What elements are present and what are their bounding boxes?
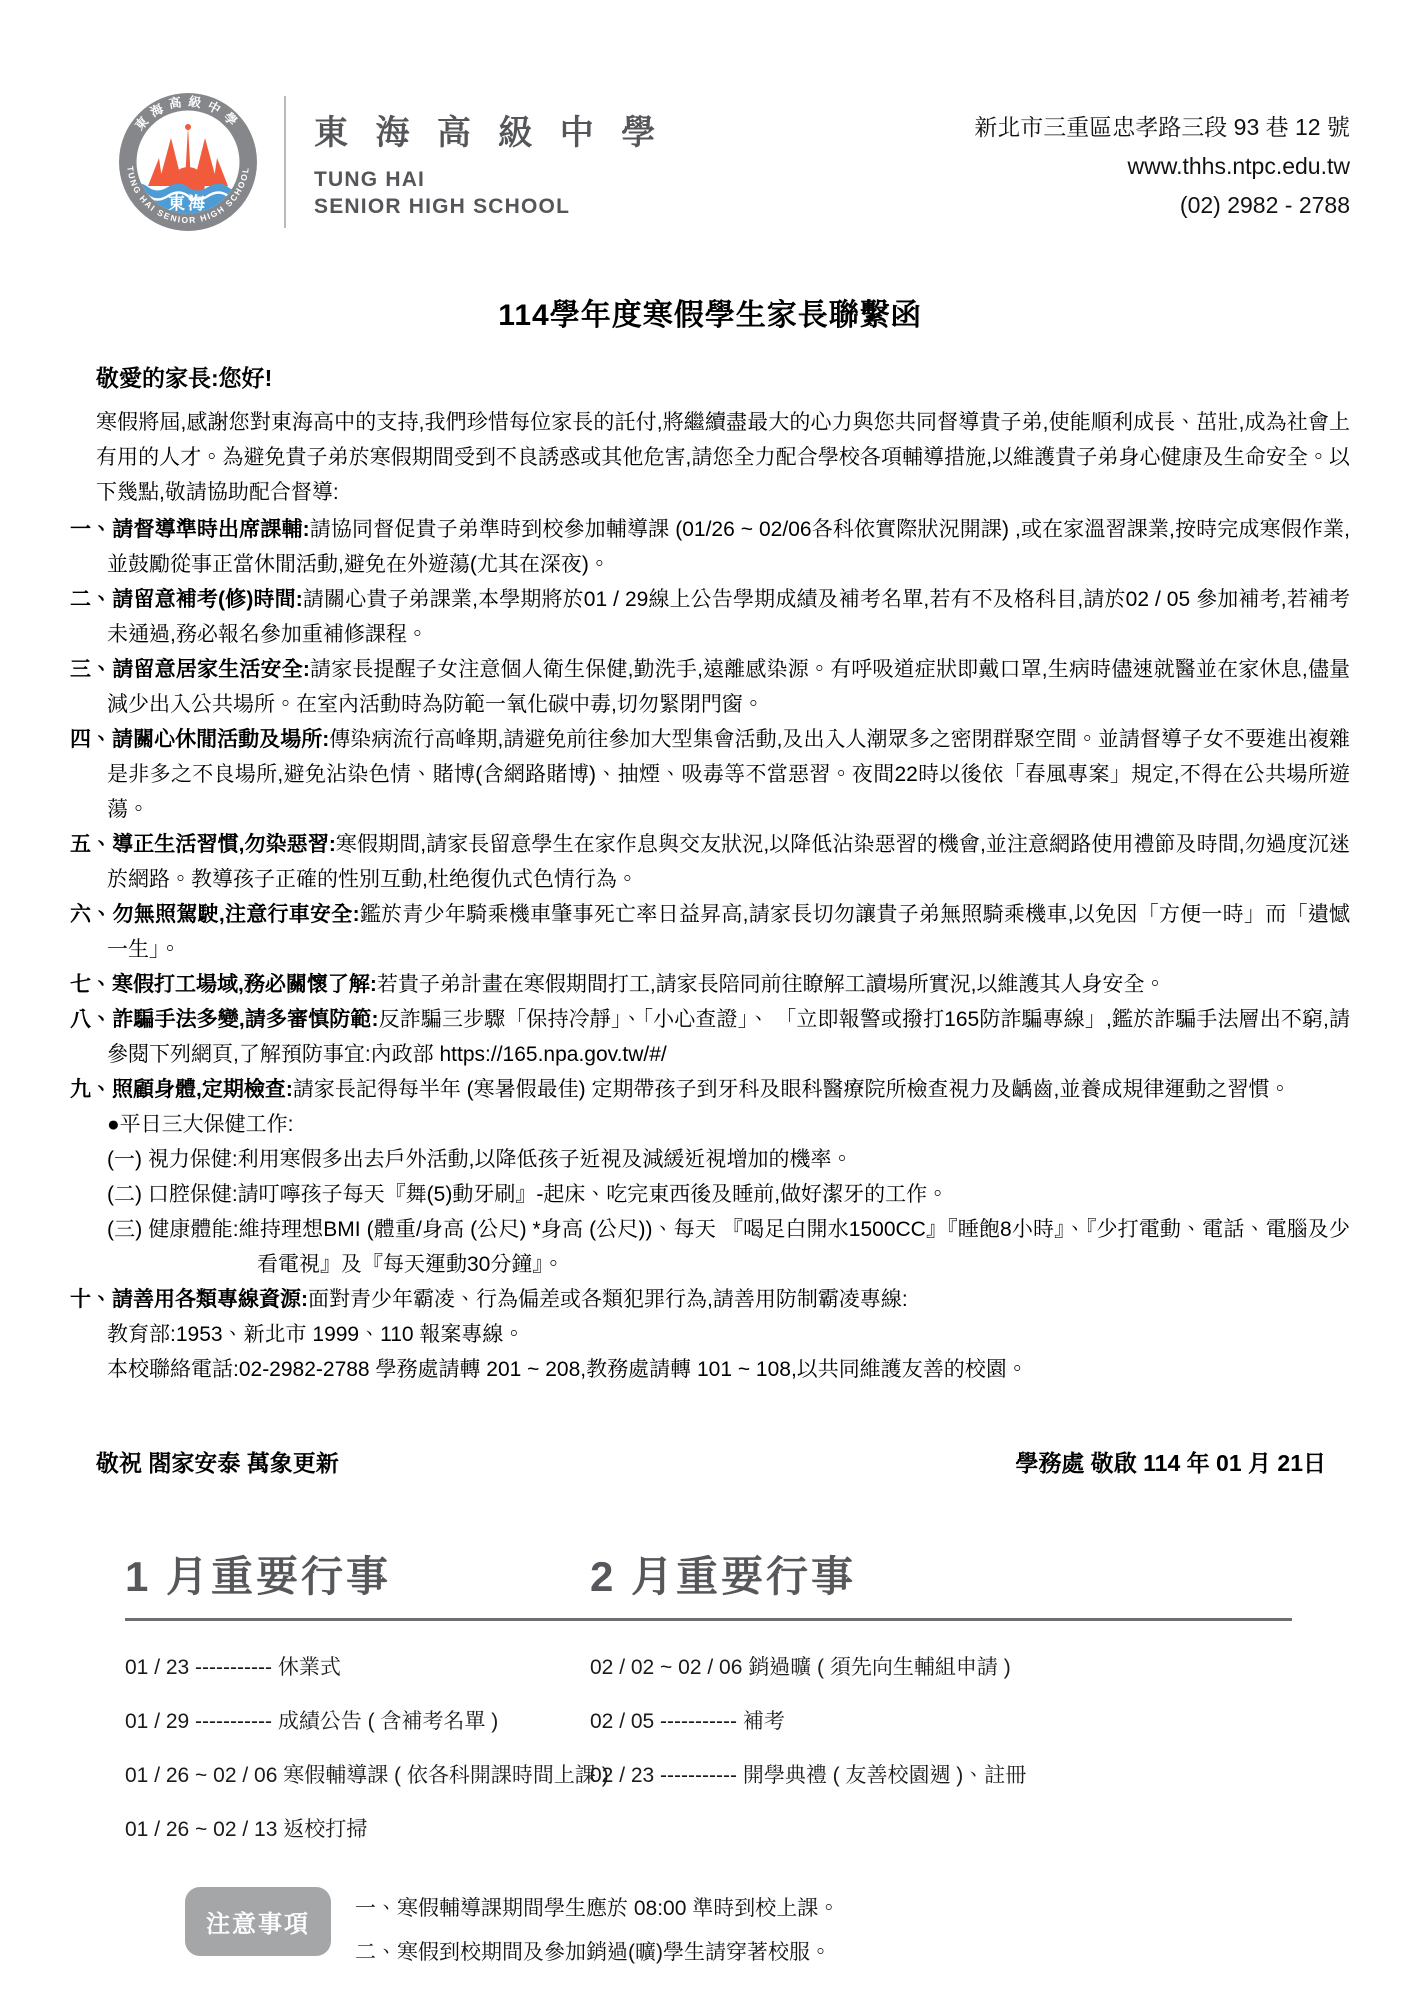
health-sub-item-2: (二) 口腔保健:請叮嚀孩子每天『舞(5)動牙刷』-起床、吃完東西後及睡前,做好… (107, 1177, 1350, 1212)
school-address: 新北市三重區忠孝路三段 93 巷 12 號 (974, 108, 1350, 147)
list-item: 01 / 26 ~ 02 / 06 寒假輔導課 ( 依各科開課時間上課 ) (125, 1759, 590, 1789)
item-number: 九、 (70, 1078, 112, 1101)
school-website: www.thhs.ntpc.edu.tw (974, 147, 1350, 186)
item-number: 七、 (70, 973, 112, 996)
item-number: 六、 (70, 903, 113, 926)
item-label: 寒假打工場域,務必關懷了解: (112, 973, 377, 996)
notice-badge: 注意事項 (185, 1887, 331, 1956)
list-item-10: 十、請善用各類專線資源:面對青少年霸凌、行為偏差或各類犯罪行為,請善用防制霸凌專… (70, 1282, 1350, 1317)
school-name-en-1: TUNG HAI (314, 166, 664, 193)
notice-line-1: 一、寒假輔導課期間學生應於 08:00 準時到校上課。 (355, 1887, 839, 1931)
school-brand: 東海 東海高級中學 TUNG HAI SENIOR HIGH SCHOOL 東 … (118, 92, 664, 232)
item-text: 面對青少年霸凌、行為偏差或各類犯罪行為,請善用防制霸凌專線: (308, 1288, 908, 1311)
school-name-zh: 東 海 高 級 中 學 (314, 105, 664, 154)
list-item-8: 八、詐騙手法多變,請多審慎防範:反詐騙三步驟「保持冷靜」、「小心查證」、 「立即… (70, 1002, 1350, 1072)
closing-signature: 學務處 敬啟 114 年 01 月 21日 (1015, 1445, 1326, 1478)
list-item-3: 三、請留意居家生活安全:請家長提醒子女注意個人衛生保健,勤洗手,遠離感染源。有呼… (70, 652, 1350, 722)
school-phone: (02) 2982 - 2788 (974, 186, 1350, 225)
item-number: 五、 (70, 833, 112, 856)
intro-paragraph: 寒假將屆,感謝您對東海高中的支持,我們珍惜每位家長的託付,將繼續盡最大的心力與您… (96, 405, 1350, 510)
calendar-jan-title: 1 月重要行事 (125, 1544, 590, 1604)
health-sub-item-1: (一) 視力保健:利用寒假多出去戶外活動,以降低孩子近視及減緩近視增加的機率。 (107, 1142, 1350, 1177)
item-label: 請督導準時出席課輔: (112, 518, 309, 541)
calendar-jan-events: 01 / 23 ----------- 休業式 01 / 29 --------… (125, 1651, 590, 1867)
health-sub-item-3: (三) 健康體能:維持理想BMI (體重/身高 (公尺) *身高 (公尺))、每… (107, 1212, 1350, 1282)
salutation: 敬愛的家長:您好! (96, 360, 1350, 393)
school-name-block: 東 海 高 級 中 學 TUNG HAI SENIOR HIGH SCHOOL (284, 96, 664, 228)
item-text: 請家長記得每半年 (寒暑假最佳) 定期帶孩子到牙科及眼科醫療院所檢查視力及齲齒,… (293, 1078, 1291, 1101)
calendar-feb-events: 02 / 02 ~ 02 / 06 銷過曠 ( 須先向生輔組申請 ) 02 / … (590, 1651, 1292, 1867)
item-list: 一、請督導準時出席課輔:請協同督促貴子弟準時到校參加輔導課 (01/26 ~ 0… (70, 512, 1350, 1387)
item-number: 四、 (70, 728, 112, 751)
school-name-en-2: SENIOR HIGH SCHOOL (314, 193, 664, 220)
list-item: 02 / 02 ~ 02 / 06 銷過曠 ( 須先向生輔組申請 ) (590, 1651, 1292, 1681)
school-contact-line: 本校聯絡電話:02-2982-2788 學務處請轉 201 ~ 208,教務處請… (107, 1352, 1350, 1387)
list-item-1: 一、請督導準時出席課輔:請協同督促貴子弟準時到校參加輔導課 (01/26 ~ 0… (70, 512, 1350, 582)
notice-section: 注意事項 一、寒假輔導課期間學生應於 08:00 準時到校上課。 二、寒假到校期… (185, 1887, 1414, 1975)
item-number: 八、 (70, 1008, 112, 1031)
letter-page: 東海 東海高級中學 TUNG HAI SENIOR HIGH SCHOOL 東 … (0, 0, 1414, 2000)
calendar-feb-title: 2 月重要行事 (590, 1544, 1292, 1604)
item-label: 勿無照駕駛,注意行車安全: (113, 903, 360, 926)
item-label: 照顧身體,定期檢查: (112, 1078, 293, 1101)
notice-line-2: 二、寒假到校期間及參加銷過(曠)學生請穿著校服。 (355, 1931, 839, 1975)
contact-block: 新北市三重區忠孝路三段 93 巷 12 號 www.thhs.ntpc.edu.… (974, 92, 1350, 225)
item-number: 二、 (70, 588, 112, 611)
list-item: 02 / 23 ----------- 開學典禮 ( 友善校園週 )、註冊 (590, 1759, 1292, 1789)
school-logo: 東海 東海高級中學 TUNG HAI SENIOR HIGH SCHOOL (118, 92, 258, 232)
item-label: 請關心休閒活動及場所: (112, 728, 329, 751)
item-label: 詐騙手法多變,請多審慎防範: (112, 1008, 378, 1031)
page-title: 114學年度寒假學生家長聯繫函 (70, 290, 1350, 334)
item-number: 三、 (70, 658, 112, 681)
calendar-columns: 01 / 23 ----------- 休業式 01 / 29 --------… (125, 1651, 1292, 1867)
item-number: 十、 (70, 1288, 112, 1311)
calendar-section: 1 月重要行事 2 月重要行事 01 / 23 ----------- 休業式 … (125, 1544, 1292, 1867)
list-item-2: 二、請留意補考(修)時間:請關心貴子弟課業,本學期將於01 / 29線上公告學期… (70, 582, 1350, 652)
item-label: 請留意補考(修)時間: (112, 588, 302, 611)
list-item-9: 九、照顧身體,定期檢查:請家長記得每半年 (寒暑假最佳) 定期帶孩子到牙科及眼科… (70, 1072, 1350, 1107)
notice-lines: 一、寒假輔導課期間學生應於 08:00 準時到校上課。 二、寒假到校期間及參加銷… (355, 1887, 839, 1975)
item-label: 導正生活習慣,勿染惡習: (112, 833, 336, 856)
list-item: 01 / 23 ----------- 休業式 (125, 1651, 590, 1681)
item-text: 若貴子弟計畫在寒假期間打工,請家長陪同前往瞭解工讀場所實況,以維護其人身安全。 (377, 973, 1166, 996)
closing-blessing: 敬祝 閤家安泰 萬象更新 (96, 1445, 339, 1478)
list-item-4: 四、請關心休閒活動及場所:傳染病流行高峰期,請避免前往參加大型集會活動,及出入人… (70, 722, 1350, 827)
closing-row: 敬祝 閤家安泰 萬象更新 學務處 敬啟 114 年 01 月 21日 (96, 1445, 1326, 1478)
hotline-line: 教育部:1953、新北市 1999、110 報案專線。 (107, 1317, 1350, 1352)
svg-text:東海: 東海 (168, 193, 208, 213)
calendar-headings: 1 月重要行事 2 月重要行事 (125, 1544, 1292, 1604)
letter-body: 114學年度寒假學生家長聯繫函 敬愛的家長:您好! 寒假將屆,感謝您對東海高中的… (0, 290, 1414, 1478)
list-item-6: 六、勿無照駕駛,注意行車安全:鑑於青少年騎乘機車肇事死亡率日益昇高,請家長切勿讓… (70, 897, 1350, 967)
list-item: 02 / 05 ----------- 補考 (590, 1705, 1292, 1735)
item-number: 一、 (70, 518, 112, 541)
item-label: 請留意居家生活安全: (112, 658, 310, 681)
list-item-7: 七、寒假打工場域,務必關懷了解:若貴子弟計畫在寒假期間打工,請家長陪同前往瞭解工… (70, 967, 1350, 1002)
list-item: 01 / 29 ----------- 成績公告 ( 含補考名單 ) (125, 1705, 590, 1735)
calendar-divider (125, 1618, 1292, 1621)
item-label: 請善用各類專線資源: (112, 1288, 308, 1311)
header: 東海 東海高級中學 TUNG HAI SENIOR HIGH SCHOOL 東 … (0, 0, 1414, 232)
list-item: 01 / 26 ~ 02 / 13 返校打掃 (125, 1813, 590, 1843)
list-item-5: 五、導正生活習慣,勿染惡習:寒假期間,請家長留意學生在家作息與交友狀況,以降低沾… (70, 827, 1350, 897)
school-logo-icon: 東海 東海高級中學 TUNG HAI SENIOR HIGH SCHOOL (118, 92, 258, 232)
health-bullet-heading: ●平日三大保健工作: (107, 1107, 1350, 1142)
